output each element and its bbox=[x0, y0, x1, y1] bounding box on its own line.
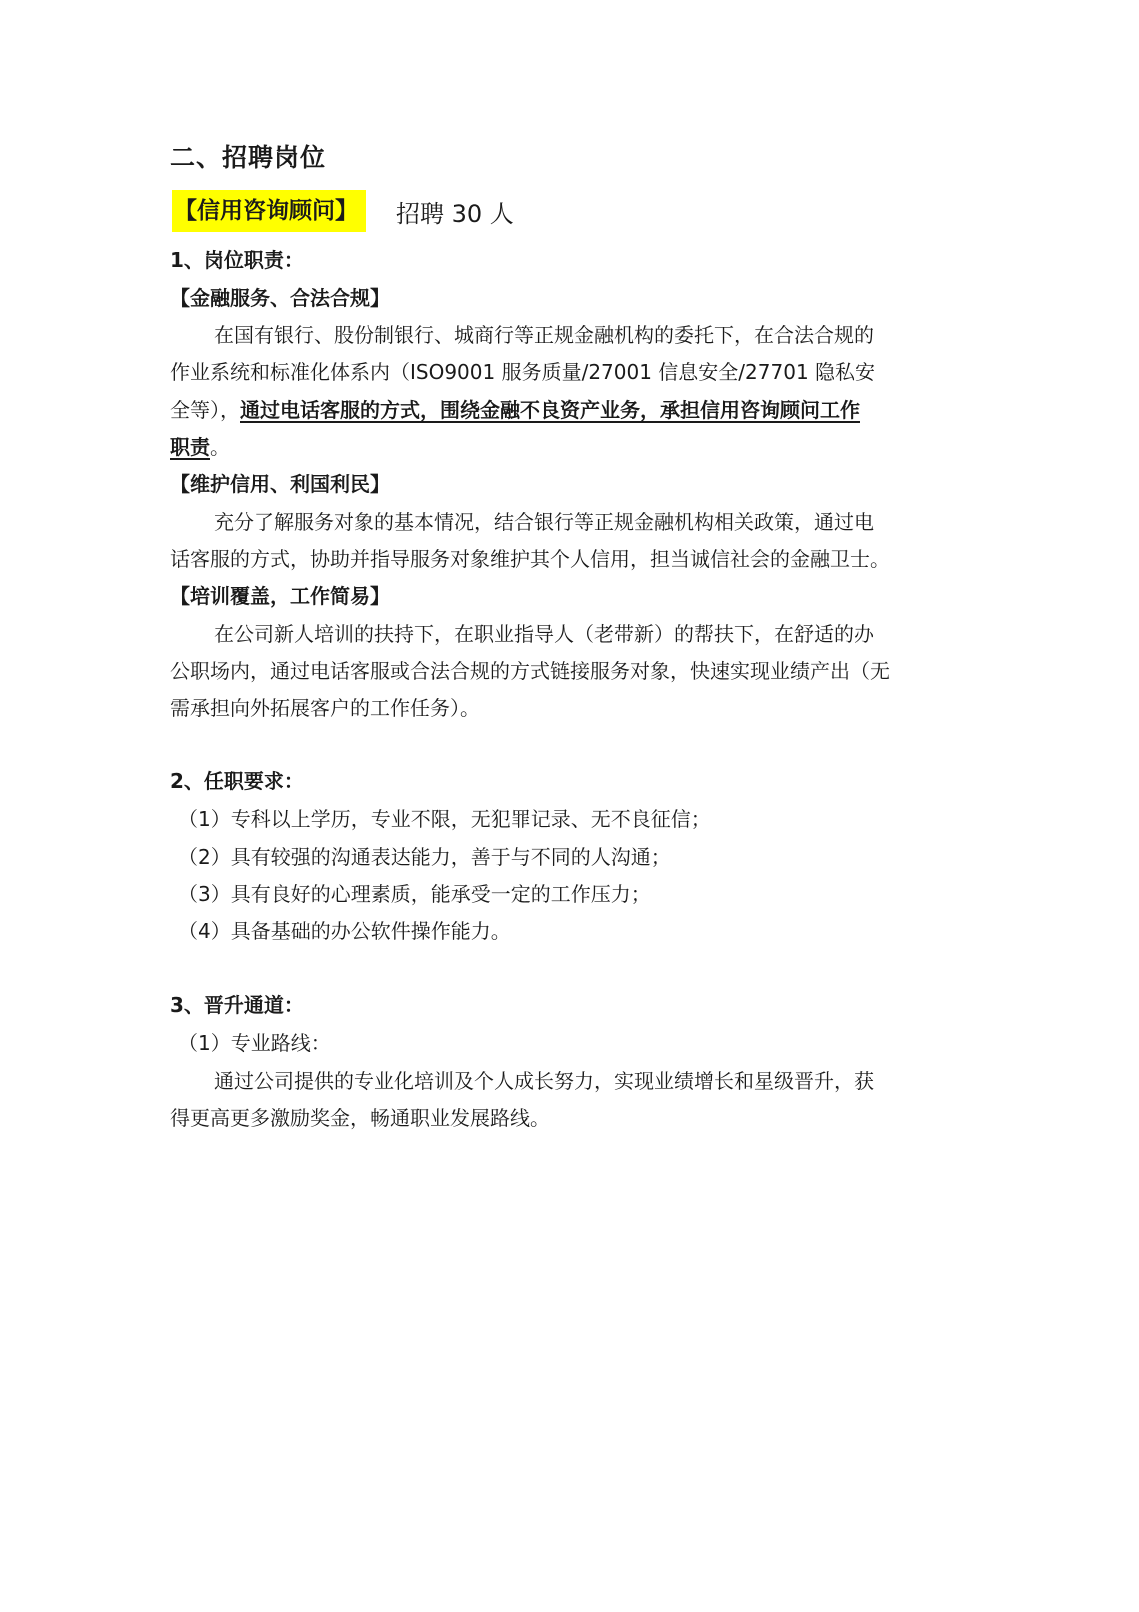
duty-block-title: 【维护信用、利国利民】 bbox=[170, 470, 390, 498]
duty-paragraph-line: 在公司新人培训的扶持下，在职业指导人（老带新）的帮扶下，在舒适的办 bbox=[170, 620, 874, 648]
requirement-item: （1）专科以上学历，专业不限，无犯罪记录、无不良征信； bbox=[178, 805, 711, 833]
duty-emphasis: 通过电话客服的方式，围绕金融不良资产业务，承担信用咨询顾问工作 bbox=[240, 398, 860, 422]
duty-block-title: 【金融服务、合法合规】 bbox=[170, 284, 390, 312]
duty-text: 全等）， bbox=[170, 398, 240, 422]
section-title: 二、招聘岗位 bbox=[170, 138, 326, 174]
promotion-heading: 3、晋升通道： bbox=[170, 991, 304, 1019]
duty-text: 。 bbox=[210, 435, 230, 459]
job-header: 【信用咨询顾问】 招聘 30 人 bbox=[172, 190, 514, 232]
duty-paragraph-line: 需承担向外拓展客户的工作任务）。 bbox=[170, 694, 480, 722]
requirement-item: （3）具有良好的心理素质，能承受一定的工作压力； bbox=[178, 880, 651, 908]
promotion-subheading: （1）专业路线： bbox=[178, 1029, 331, 1057]
requirements-heading: 2、任职要求： bbox=[170, 767, 304, 795]
job-title-highlight: 【信用咨询顾问】 bbox=[172, 190, 366, 232]
requirement-item: （4）具备基础的办公软件操作能力。 bbox=[178, 917, 511, 945]
job-count: 招聘 30 人 bbox=[396, 194, 514, 229]
promotion-paragraph-line: 得更高更多激励奖金，畅通职业发展路线。 bbox=[170, 1104, 550, 1132]
duty-emphasis: 职责 bbox=[170, 435, 210, 459]
duty-paragraph-line: 话客服的方式，协助并指导服务对象维护其个人信用，担当诚信社会的金融卫士。 bbox=[170, 545, 890, 573]
duty-paragraph-line: 公职场内，通过电话客服或合法合规的方式链接服务对象，快速实现业绩产出（无 bbox=[170, 657, 890, 685]
requirement-item: （2）具有较强的沟通表达能力，善于与不同的人沟通； bbox=[178, 843, 671, 871]
duties-heading: 1、岗位职责： bbox=[170, 246, 304, 274]
duty-paragraph-line: 作业系统和标准化体系内（ISO9001 服务质量/27001 信息安全/2770… bbox=[170, 358, 875, 386]
duty-paragraph-line: 在国有银行、股份制银行、城商行等正规金融机构的委托下，在合法合规的 bbox=[170, 321, 874, 349]
duty-paragraph-line: 全等），通过电话客服的方式，围绕金融不良资产业务，承担信用咨询顾问工作 bbox=[170, 396, 860, 424]
promotion-paragraph-line: 通过公司提供的专业化培训及个人成长努力，实现业绩增长和星级晋升，获 bbox=[170, 1067, 874, 1095]
duty-paragraph-line: 职责。 bbox=[170, 433, 230, 461]
duty-block-title: 【培训覆盖，工作简易】 bbox=[170, 582, 390, 610]
duty-paragraph-line: 充分了解服务对象的基本情况，结合银行等正规金融机构相关政策，通过电 bbox=[170, 508, 874, 536]
